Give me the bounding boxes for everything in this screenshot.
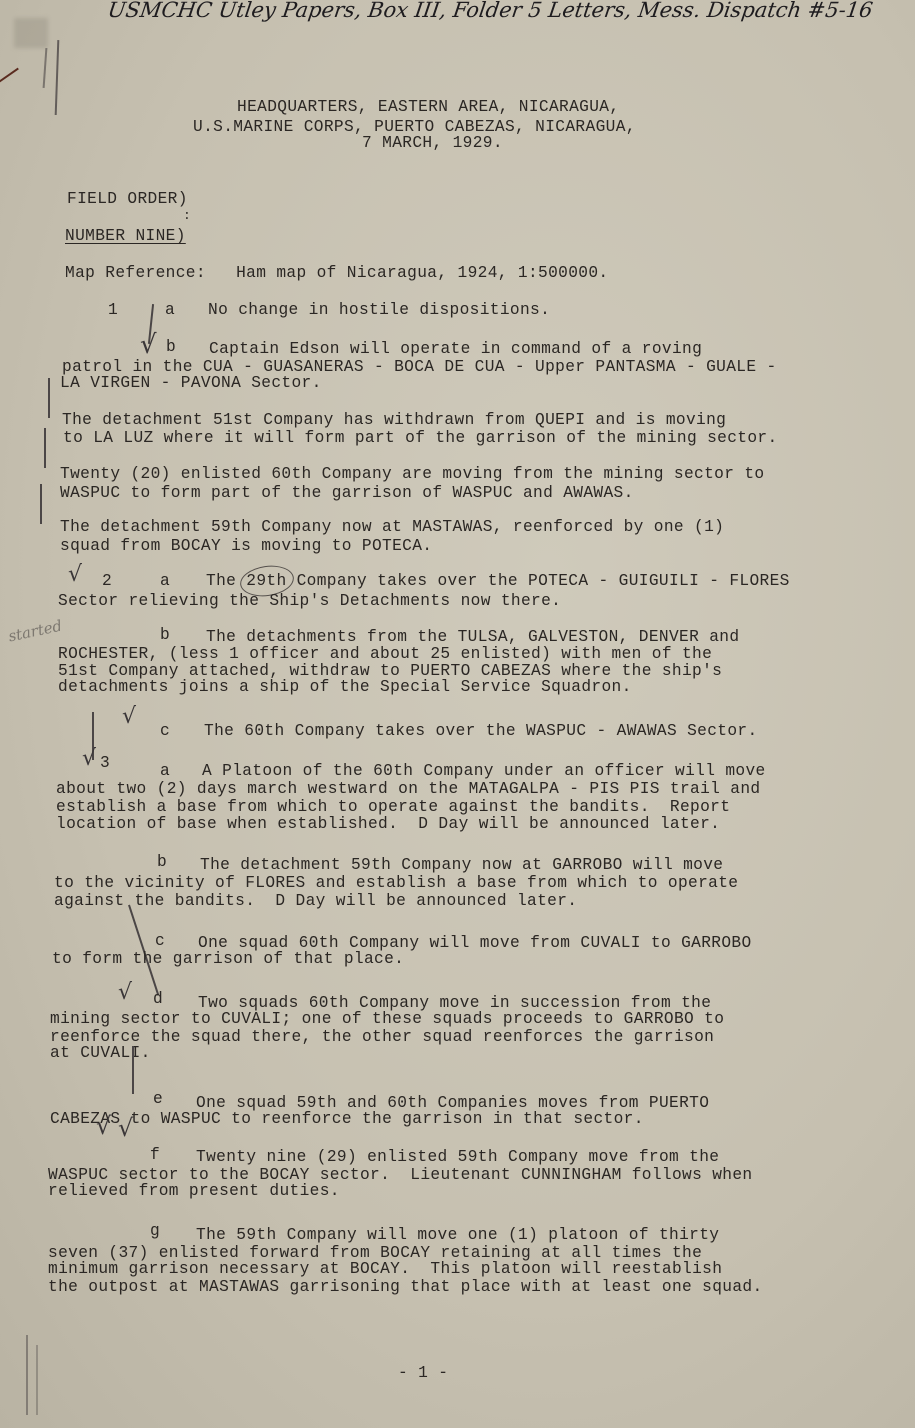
field-order-colon: : — [183, 208, 191, 223]
paragraph-1b-line: LA VIRGEN - PAVONA Sector. — [60, 374, 322, 392]
paragraph-3e-letter: e — [153, 1090, 163, 1108]
header-date: 7 MARCH, 1929. — [362, 134, 503, 152]
checkmark-icon: √ — [96, 1112, 111, 1140]
paragraph-2a-letter: a — [160, 572, 170, 590]
margin-line — [44, 428, 46, 468]
margin-mark — [36, 1345, 38, 1415]
paragraph-3f-letter: f — [150, 1146, 160, 1164]
paragraph-3b-line: against the bandits. D Day will be annou… — [54, 892, 577, 910]
paragraph-2-number: 2 — [102, 572, 112, 590]
paragraph-3d-line: mining sector to CUVALI; one of these sq… — [50, 1010, 724, 1028]
margin-line — [40, 484, 42, 524]
paragraph-3f-line: relieved from present duties. — [48, 1182, 340, 1200]
paragraph-1e-line: The detachment 59th Company now at MASTA… — [60, 518, 724, 536]
paragraph-1-number: 1 — [108, 301, 118, 319]
paragraph-2b-line: The detachments from the TULSA, GALVESTO… — [206, 628, 739, 646]
paragraph-2a-line: Sector relieving the Ship's Detachments … — [58, 592, 561, 610]
margin-mark — [26, 1335, 28, 1415]
paragraph-3a-line: establish a base from which to operate a… — [56, 798, 730, 816]
paragraph-1d-line: WASPUC to form part of the garrison of W… — [60, 484, 634, 502]
paragraph-1b-letter: b — [166, 338, 176, 356]
paragraph-3d-line: at CUVALI. — [50, 1044, 151, 1062]
ink-smudge — [14, 18, 48, 48]
paragraph-3b-letter: b — [157, 853, 167, 871]
paragraph-1d-line: Twenty (20) enlisted 60th Company are mo… — [60, 465, 765, 483]
paragraph-3c-line: to form the garrison of that place. — [52, 950, 404, 968]
paragraph-3c-letter: c — [155, 932, 165, 950]
paragraph-3g-line: The 59th Company will move one (1) plato… — [196, 1226, 719, 1244]
paragraph-2b-line: detachments joins a ship of the Special … — [58, 678, 632, 696]
paragraph-2b-line: ROCHESTER, (less 1 officer and about 25 … — [58, 645, 712, 663]
handwritten-archive-note: USMCHC Utley Papers, Box III, Folder 5 L… — [106, 0, 874, 22]
paragraph-3a-line: about two (2) days march westward on the… — [56, 780, 761, 798]
paragraph-3g-line: the outpost at MASTAWAS garrisoning that… — [48, 1278, 763, 1296]
paragraph-3f-line: Twenty nine (29) enlisted 59th Company m… — [196, 1148, 719, 1166]
paragraph-2c-letter: c — [160, 722, 170, 740]
paragraph-3g-line: minimum garrison necessary at BOCAY. Thi… — [48, 1260, 722, 1278]
field-order-number: NUMBER NINE) — [65, 227, 186, 245]
paragraph-3b-line: The detachment 59th Company now at GARRO… — [200, 856, 723, 874]
checkmark-icon: √ — [122, 704, 136, 729]
checkmark-icon: √ — [140, 330, 157, 360]
paragraph-3e-line: CABEZAS to WASPUC to reenforce the garri… — [50, 1110, 644, 1128]
checkmark-icon: √ — [118, 1114, 133, 1142]
margin-line — [48, 378, 50, 418]
checkmark-icon: √ — [82, 746, 96, 771]
paragraph-1c-line: to LA LUZ where it will form part of the… — [63, 429, 778, 447]
field-order-title: FIELD ORDER) — [67, 190, 188, 208]
ink-mark — [55, 40, 59, 115]
paragraph-3d-letter: d — [153, 990, 163, 1008]
page-number: - 1 - — [398, 1364, 448, 1382]
paragraph-3a-line: location of base when established. D Day… — [56, 815, 720, 833]
paragraph-3a-letter: a — [160, 762, 170, 780]
paragraph-3g-letter: g — [150, 1222, 160, 1240]
red-pencil-mark — [0, 68, 19, 87]
paragraph-1e-line: squad from BOCAY is moving to POTECA. — [60, 537, 432, 555]
map-reference: Map Reference: Ham map of Nicaragua, 192… — [65, 264, 608, 282]
paragraph-2c-line: The 60th Company takes over the WASPUC -… — [204, 722, 758, 740]
paragraph-3b-line: to the vicinity of FLORES and establish … — [54, 874, 738, 892]
paragraph-3a-line: A Platoon of the 60th Company under an o… — [202, 762, 766, 780]
paragraph-1a-letter: a — [165, 301, 175, 319]
checkmark-icon: √ — [68, 562, 82, 587]
ink-mark — [43, 48, 47, 88]
checkmark-icon: √ — [118, 980, 132, 1005]
paragraph-2b-letter: b — [160, 626, 170, 644]
margin-pencil-note: started — [7, 617, 64, 646]
checkmark-line — [132, 1046, 134, 1094]
paragraph-1b-line: Captain Edson will operate in command of… — [209, 340, 702, 358]
paragraph-3-number: 3 — [100, 754, 110, 772]
header-line-1: HEADQUARTERS, EASTERN AREA, NICARAGUA, — [237, 98, 619, 116]
paragraph-1c-line: The detachment 51st Company has withdraw… — [62, 411, 726, 429]
paragraph-1a-text: No change in hostile dispositions. — [208, 301, 550, 319]
